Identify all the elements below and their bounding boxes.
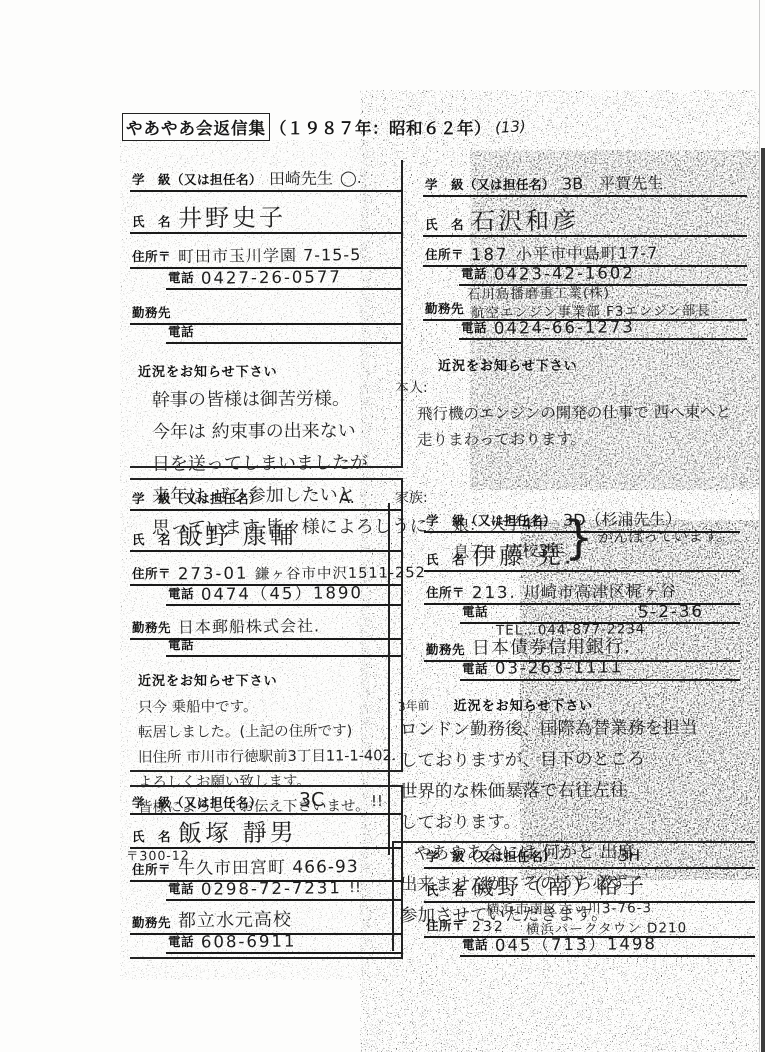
field-work-phone: 電話 <box>166 640 401 657</box>
person-label: 本人: <box>395 373 747 401</box>
work-note: 石川島播磨重工業(株) <box>467 287 610 302</box>
address-label: 住所〒 <box>132 564 171 584</box>
name-label: 氏 名 <box>426 550 465 570</box>
phone-value: 0298-72-7231 <box>201 880 342 900</box>
title-page-number: (13) <box>494 117 526 137</box>
address-note-row: 横浜市南区六ッ川3-76-3 <box>424 903 755 916</box>
field-class: 学 級（又は担任名） 3D（杉浦先生） <box>424 503 740 533</box>
phone-value: 045（713）1498 <box>495 936 657 956</box>
name-label: 氏 名 <box>425 215 464 235</box>
message-line: しております。 <box>400 805 740 838</box>
phone-value: 0474（45）1890 <box>201 585 363 605</box>
workplace-value: 都立水元高校 <box>178 911 292 933</box>
name-value: 飯野 康輔 <box>178 523 297 550</box>
message-line: ロンドン勤務後、国際為替業務を担当 <box>400 712 740 745</box>
field-class: 学 級（又は担任名） 3B 平賀先生 <box>423 167 747 197</box>
workplace-label: 勤務先 <box>132 303 171 323</box>
workplace-label: 勤務先 <box>132 618 171 638</box>
class-mark: ◯. <box>340 171 362 190</box>
message-line: 日を送ってしまいましたが <box>152 447 401 481</box>
name-label: 氏 名 <box>132 530 171 550</box>
class-value: 3B 平賀先生 <box>562 175 663 195</box>
work-phone-value: 0424-66-1273 <box>494 319 635 339</box>
class-label: 学 級（又は担任名） <box>132 489 262 509</box>
reply-card-ino: 学 級（又は担任名） 田崎先生 ◯. 氏 名 井野史子 住所〒 町田市玉川学園 … <box>130 160 403 468</box>
field-address: 住所〒 273-01 鎌ヶ谷市中沢1511-252 <box>130 556 401 586</box>
postal-value: 187 <box>471 246 509 265</box>
news-header: 近況をお知らせ下さい <box>454 695 594 714</box>
phone-label: 電話 <box>168 879 194 899</box>
phone-value: 0427-26-0577 <box>201 269 342 289</box>
address-label: 住所〒 <box>426 916 465 936</box>
news-header: 近況をお知らせ下さい <box>138 670 401 689</box>
field-work-phone: 電話 0424-66-1273 <box>459 321 747 340</box>
title-year-text: （１９８７年：昭和６２年） <box>270 115 491 139</box>
class-mark: !! <box>371 794 383 813</box>
news-header: 近況をお知らせ下さい <box>438 355 747 374</box>
field-work-phone: 電話 03-263-1111 <box>460 662 740 681</box>
address-value: 川崎市高津区梶ヶ谷 <box>524 583 677 604</box>
class-value: 3C <box>299 791 325 813</box>
address-value: 小平市中島町17-7 <box>515 245 658 265</box>
workplace-label: 勤務先 <box>426 640 465 660</box>
scanned-document-page: やあやあ会返信集 （１９８７年：昭和６２年） (13) 学 級（又は担任名） 田… <box>0 0 765 1052</box>
field-work-phone: 電話 <box>166 325 401 344</box>
name-value: 石沢和彦 <box>471 208 579 235</box>
field-name: 氏 名 磯野（南）裕子 <box>424 871 755 903</box>
postal-value: 232 <box>472 920 505 936</box>
message-line: 走りまわっております。 <box>417 425 747 453</box>
work-phone-label: 電話 <box>461 318 487 338</box>
phone-label: 電話 <box>462 602 488 622</box>
reply-card-ito: 学 級（又は担任名） 3D（杉浦先生） 氏 名 伊藤 尭. 住所〒 213. 川… <box>388 503 740 855</box>
phone-label: 電話 <box>168 584 194 604</box>
field-address: 住所〒 213. 川崎市高津区梶ヶ谷 <box>424 575 740 605</box>
name-label: 氏 名 <box>132 212 171 232</box>
message-line: 世界的な株価暴落で右往左往 <box>400 774 740 807</box>
reply-card-ishizawa: 学 級（又は担任名） 3B 平賀先生 氏 名 石沢和彦 住所〒 187 小平市中… <box>395 167 747 487</box>
page-title: やあやあ会返信集 （１９８７年：昭和６２年） (13) <box>122 113 526 141</box>
title-boxed-text: やあやあ会返信集 <box>122 113 270 141</box>
address-value: 町田市玉川学園 7-15-5 <box>178 247 362 268</box>
field-name: 氏 名 石沢和彦 <box>423 201 747 237</box>
field-class: 学 級（又は担任名） 3C !! <box>130 789 401 815</box>
message-line: 只今 乗船中です。 <box>138 694 401 721</box>
work-note-row: 石川島播磨重工業(株) <box>423 286 747 301</box>
field-phone: 電話 0474（45）1890 <box>166 586 401 606</box>
work-phone-label: 電話 <box>462 659 488 679</box>
class-label: 学 級（又は担任名） <box>425 175 555 195</box>
reply-card-isono: 学 級（又は担任名） 3H 氏 名 磯野（南）裕子 横浜市南区六ッ川3-76-3… <box>392 841 755 951</box>
class-label: 学 級（又は担任名） <box>426 511 556 531</box>
name-value: 飯塚 靜男 <box>178 820 297 847</box>
phone-note-row: TEL…044-877-2234 <box>424 624 740 638</box>
address-note: 横浜市南区六ッ川3-76-3 <box>486 902 652 917</box>
class-label: 学 級（又は担任名） <box>132 793 262 813</box>
field-work-phone: 電話 608-6911 <box>166 935 401 954</box>
field-name: 氏 名 伊藤 尭. <box>424 536 740 572</box>
field-address: 住所〒 町田市玉川学園 7-15-5 <box>130 237 401 269</box>
class-label: 学 級（又は担任名） <box>426 847 556 867</box>
workplace-label: 勤務先 <box>425 299 464 319</box>
name-value: 伊藤 尭. <box>472 543 575 570</box>
work-phone-label: 電話 <box>168 322 194 342</box>
field-workplace: 勤務先 都立水元高校 <box>130 907 401 935</box>
field-phone: 電話 045（713）1498 <box>460 938 755 957</box>
postal-value: 273-01 <box>178 565 249 584</box>
work-phone-label: 電話 <box>168 635 194 655</box>
class-label: 学 級（又は担任名） <box>132 170 262 190</box>
field-class: 学 級（又は担任名） A. <box>130 483 401 511</box>
name-value: 磯野（南）裕子 <box>472 876 647 902</box>
name-label: 氏 名 <box>426 881 465 901</box>
message-line: 飛行機のエンジンの開発の仕事で 西へ東へと <box>417 399 747 427</box>
news-header: 近況をお知らせ下さい <box>138 361 401 380</box>
field-name: 氏 名 井野史子 <box>130 198 401 234</box>
reply-card-iizuka: 学 級（又は担任名） 3C !! 氏 名 飯塚 靜男 〒300-12 住所〒 牛… <box>130 785 403 959</box>
workplace-label: 勤務先 <box>132 913 171 933</box>
phone-label: 電話 <box>462 935 488 955</box>
message-line: 旧住所 市川市行徳駅前3丁目11-1-402. <box>138 744 401 771</box>
phone-value: 0423-42-1602 <box>494 265 635 285</box>
workplace-value: 日本郵船株式会社. <box>178 618 320 638</box>
work-phone-value: 03-263-1111 <box>495 659 624 679</box>
message-line: しておりますが、目下のところ <box>400 743 740 776</box>
field-class: 学 級（又は担任名） 田崎先生 ◯. <box>130 160 401 192</box>
class-value: 3H <box>618 848 640 867</box>
message-annotation: 3年前 <box>398 696 430 715</box>
message-line: 今年は 約束事の出来ない <box>152 415 401 449</box>
field-phone: 電話 0427-26-0577 <box>166 269 401 290</box>
phone-label: 電話 <box>168 268 194 288</box>
reply-card-iino: 学 級（又は担任名） A. 氏 名 飯野 康輔 住所〒 273-01 鎌ヶ谷市中… <box>130 478 403 772</box>
name-value: 井野史子 <box>178 205 286 232</box>
field-class: 学 級（又は担任名） 3H <box>424 845 755 869</box>
message-line: 幹事の皆様は御苦労様。 <box>152 383 401 417</box>
scan-edge-hairline <box>759 0 760 1052</box>
work-phone-value: 608-6911 <box>201 933 297 952</box>
phone-value: 5-2-36 <box>638 603 704 622</box>
field-phone: 電話 0298-72-7231 !! <box>166 882 401 901</box>
class-value: A. <box>339 490 355 509</box>
address-label: 住所〒 <box>132 247 171 267</box>
phone-label: 電話 <box>461 264 487 284</box>
class-value: 田崎先生 <box>269 171 333 191</box>
work-phone-label: 電話 <box>168 932 194 952</box>
postal-value: 213. <box>472 584 517 603</box>
scan-edge-strip <box>761 148 765 1052</box>
field-name: 氏 名 飯野 康輔 <box>130 516 401 552</box>
field-phone: 電話 0423-42-1602 <box>459 267 747 286</box>
address-label: 住所〒 <box>425 245 464 265</box>
address-label: 住所〒 <box>132 860 171 880</box>
class-value: 3D（杉浦先生） <box>563 511 682 531</box>
phone-mark: !! <box>349 880 361 899</box>
field-name: 氏 名 飯塚 靜男 <box>130 817 401 849</box>
name-label: 氏 名 <box>132 827 171 847</box>
address-label: 住所〒 <box>426 583 465 603</box>
message-line: 転居しました。(上記の住所です) <box>138 719 401 746</box>
